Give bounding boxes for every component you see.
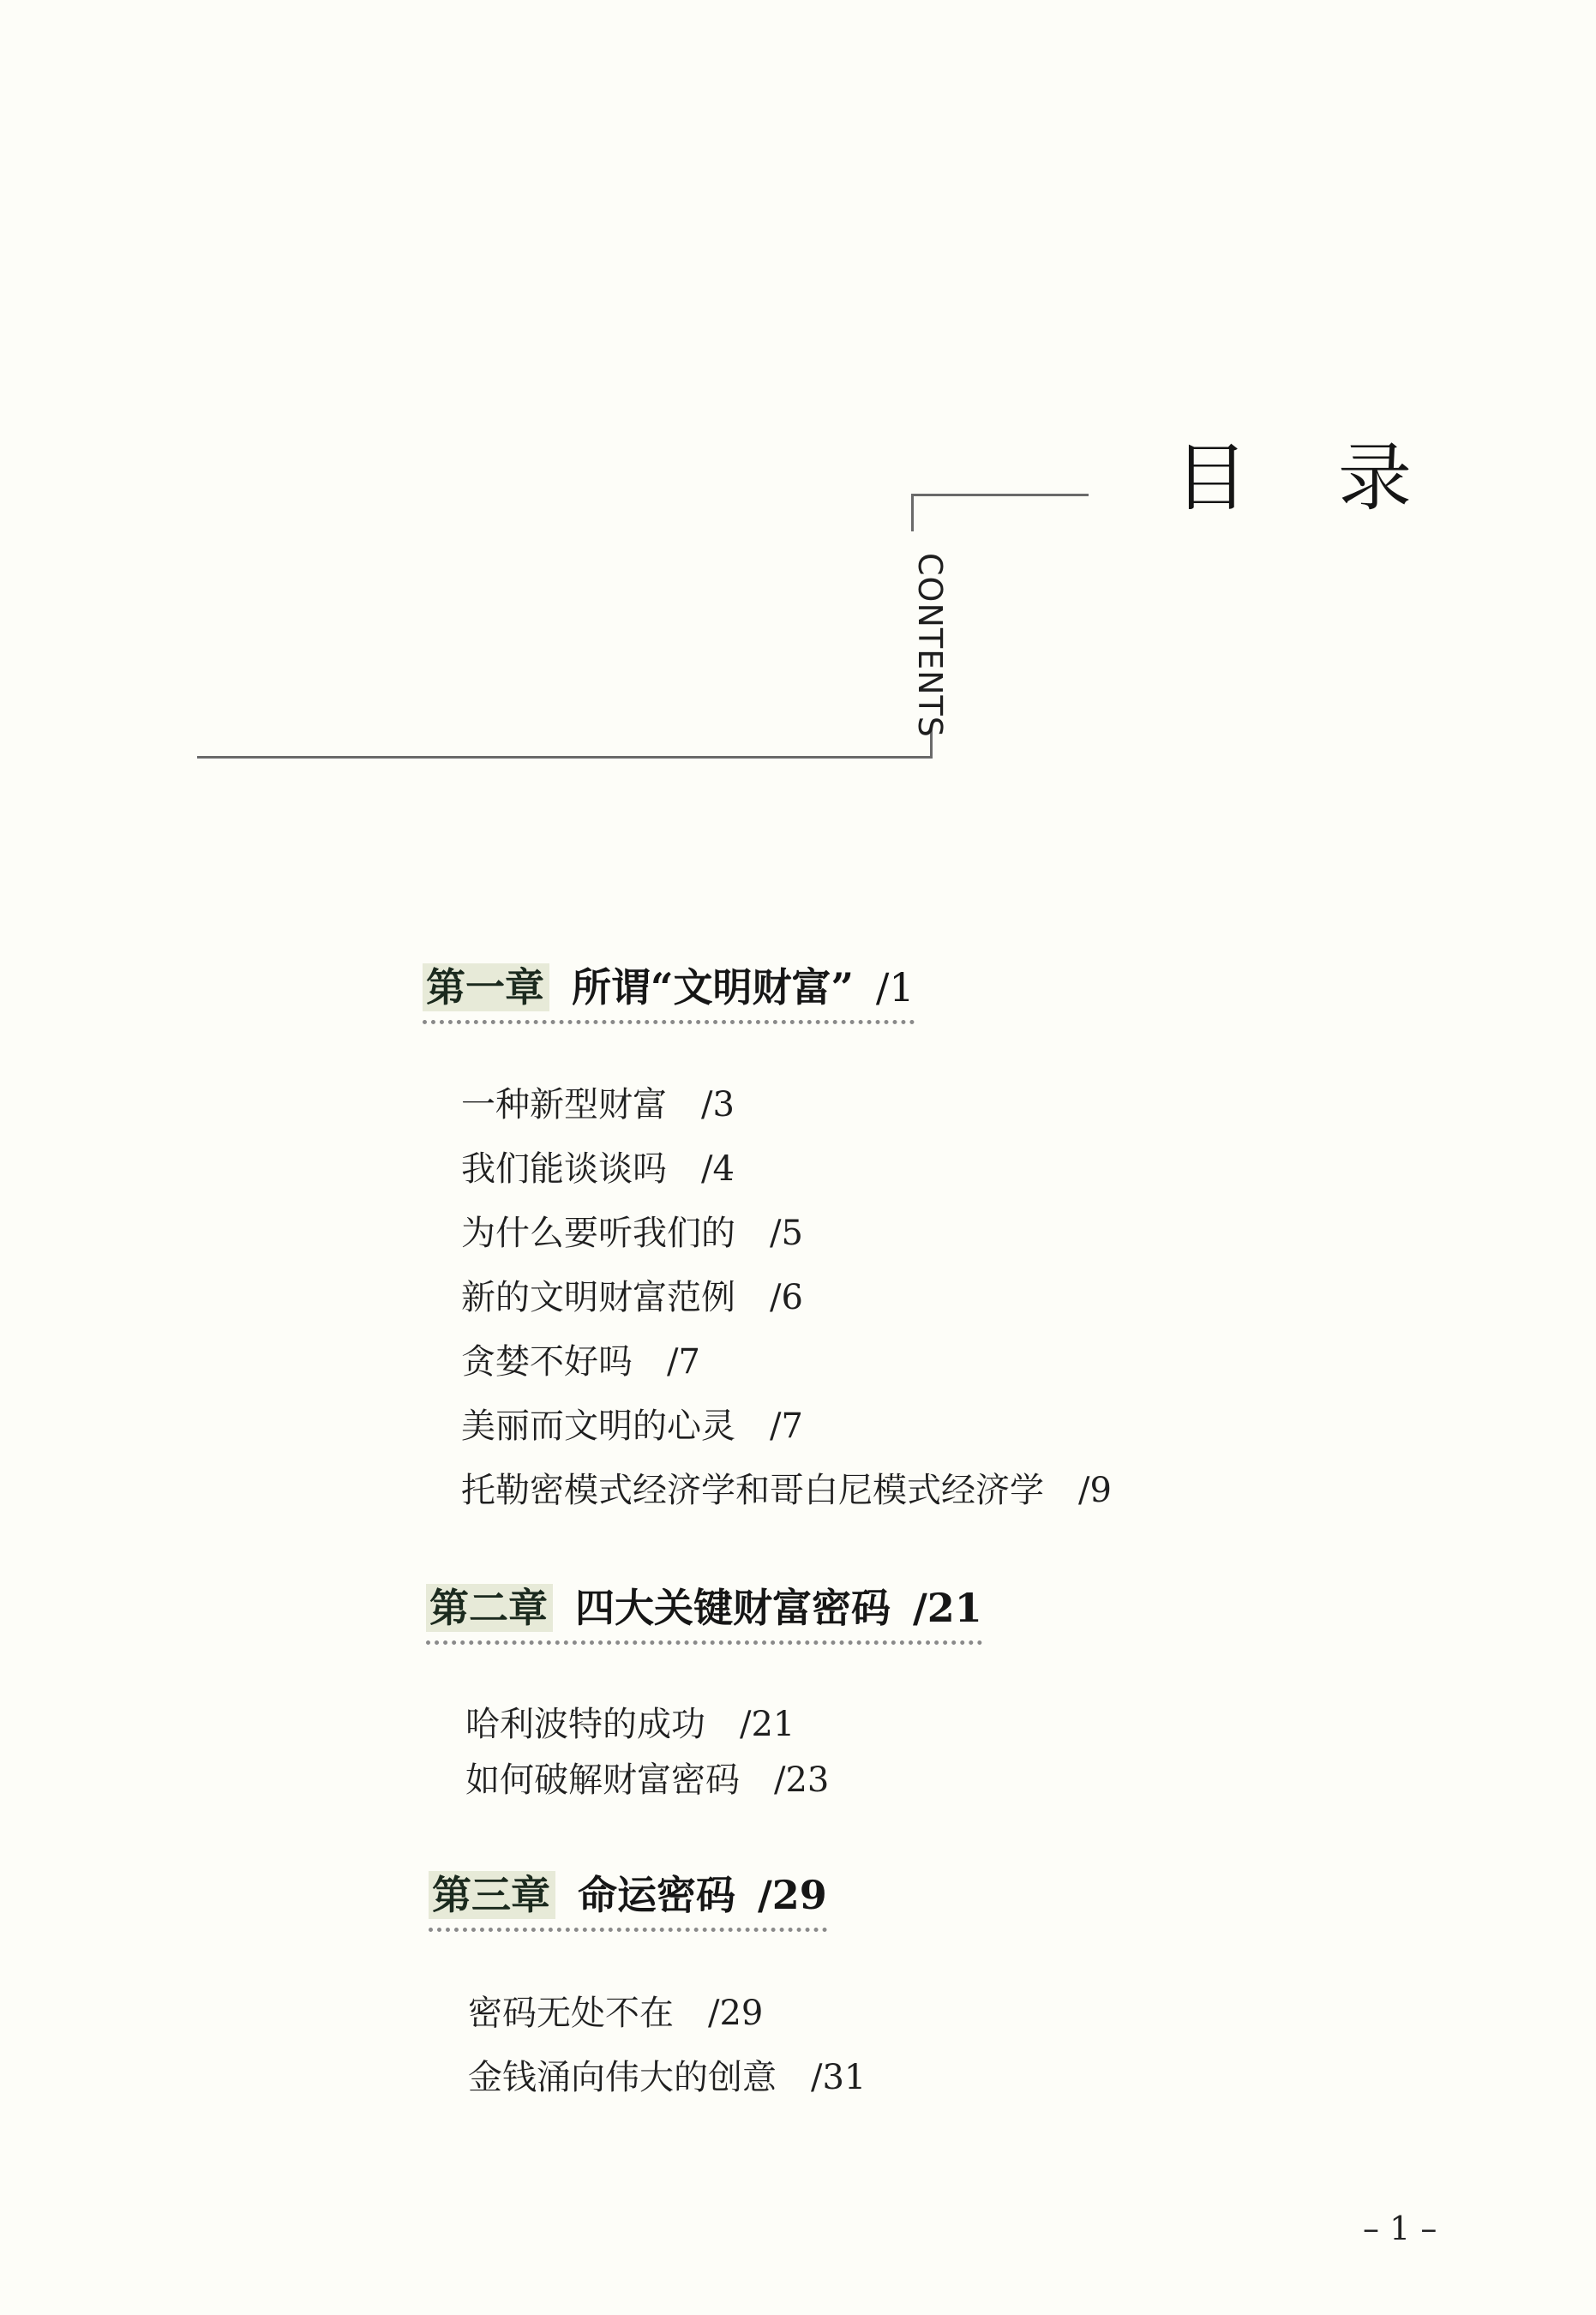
toc-item-title: 如何破解财富密码 [465, 1760, 740, 1800]
toc-item-page: /31 [811, 2058, 866, 2097]
chapter-number: 第三章 [429, 1871, 555, 1919]
toc-item-page: /7 [770, 1406, 803, 1446]
top-rule-line [911, 494, 1089, 496]
contents-label: CONTENTS [913, 553, 947, 724]
toc-item-page: /4 [701, 1149, 735, 1189]
chapter-page: /29 [758, 1871, 827, 1919]
top-vertical-rule [911, 494, 914, 531]
chapter-page: /1 [876, 963, 915, 1011]
toc-item-page: /29 [708, 1994, 763, 2033]
toc-item-title: 我们能谈谈吗 [461, 1149, 667, 1189]
toc-item-page: /7 [667, 1342, 700, 1382]
toc-item[interactable]: 金钱涌向伟大的创意/31 [468, 2057, 866, 2098]
toc-item[interactable]: 我们能谈谈吗/4 [461, 1149, 735, 1190]
toc-item-page: /5 [770, 1214, 803, 1253]
chapter-title: 四大关键财富密码 [575, 1584, 891, 1632]
toc-item-page: /3 [701, 1085, 735, 1125]
chapter-title: 命运密码 [578, 1871, 735, 1919]
toc-item-page: /21 [740, 1705, 795, 1744]
chapter-page: /21 [913, 1584, 982, 1632]
toc-item[interactable]: 托勒密模式经济学和哥白尼模式经济学/9 [461, 1470, 1112, 1511]
toc-item-page: /9 [1078, 1471, 1112, 1510]
chapter-title: 所谓“文明财富” [572, 963, 854, 1011]
toc-item-title: 贪婪不好吗 [461, 1342, 633, 1382]
chapter-heading-3[interactable]: 第三章 命运密码 /29 [429, 1871, 827, 1932]
toc-item[interactable]: 美丽而文明的心灵/7 [461, 1406, 803, 1447]
toc-item-title: 新的文明财富范例 [461, 1278, 735, 1317]
toc-item-title: 一种新型财富 [461, 1085, 667, 1125]
chapter-number: 第一章 [423, 963, 549, 1011]
toc-item[interactable]: 密码无处不在/29 [468, 1993, 763, 2034]
toc-item[interactable]: 如何破解财富密码/23 [465, 1760, 829, 1801]
chapter-heading-1[interactable]: 第一章 所谓“文明财富” /1 [423, 963, 915, 1024]
title-char-2: 录 [1338, 441, 1412, 515]
title-char-1: 目 [1174, 441, 1248, 515]
toc-item[interactable]: 一种新型财富/3 [461, 1084, 735, 1125]
toc-item-title: 托勒密模式经济学和哥白尼模式经济学 [461, 1471, 1044, 1510]
toc-item[interactable]: 新的文明财富范例/6 [461, 1277, 803, 1318]
toc-item[interactable]: 贪婪不好吗/7 [461, 1341, 700, 1382]
toc-item-page: /23 [774, 1760, 829, 1800]
chapter-number: 第二章 [426, 1584, 553, 1632]
bottom-rule-line [197, 756, 933, 759]
page-title: 目 录 [1174, 441, 1412, 515]
chapter-heading-2[interactable]: 第二章 四大关键财富密码 /21 [426, 1584, 982, 1645]
toc-item-title: 为什么要听我们的 [461, 1214, 735, 1253]
toc-item-page: /6 [770, 1278, 803, 1317]
page-number: – 1 – [1363, 2210, 1437, 2247]
toc-item-title: 金钱涌向伟大的创意 [468, 2058, 777, 2097]
toc-item-title: 密码无处不在 [468, 1994, 674, 2033]
toc-item-title: 美丽而文明的心灵 [461, 1406, 735, 1446]
toc-item[interactable]: 为什么要听我们的/5 [461, 1213, 803, 1254]
toc-item[interactable]: 哈利波特的成功/21 [465, 1704, 795, 1745]
toc-item-title: 哈利波特的成功 [465, 1705, 705, 1744]
